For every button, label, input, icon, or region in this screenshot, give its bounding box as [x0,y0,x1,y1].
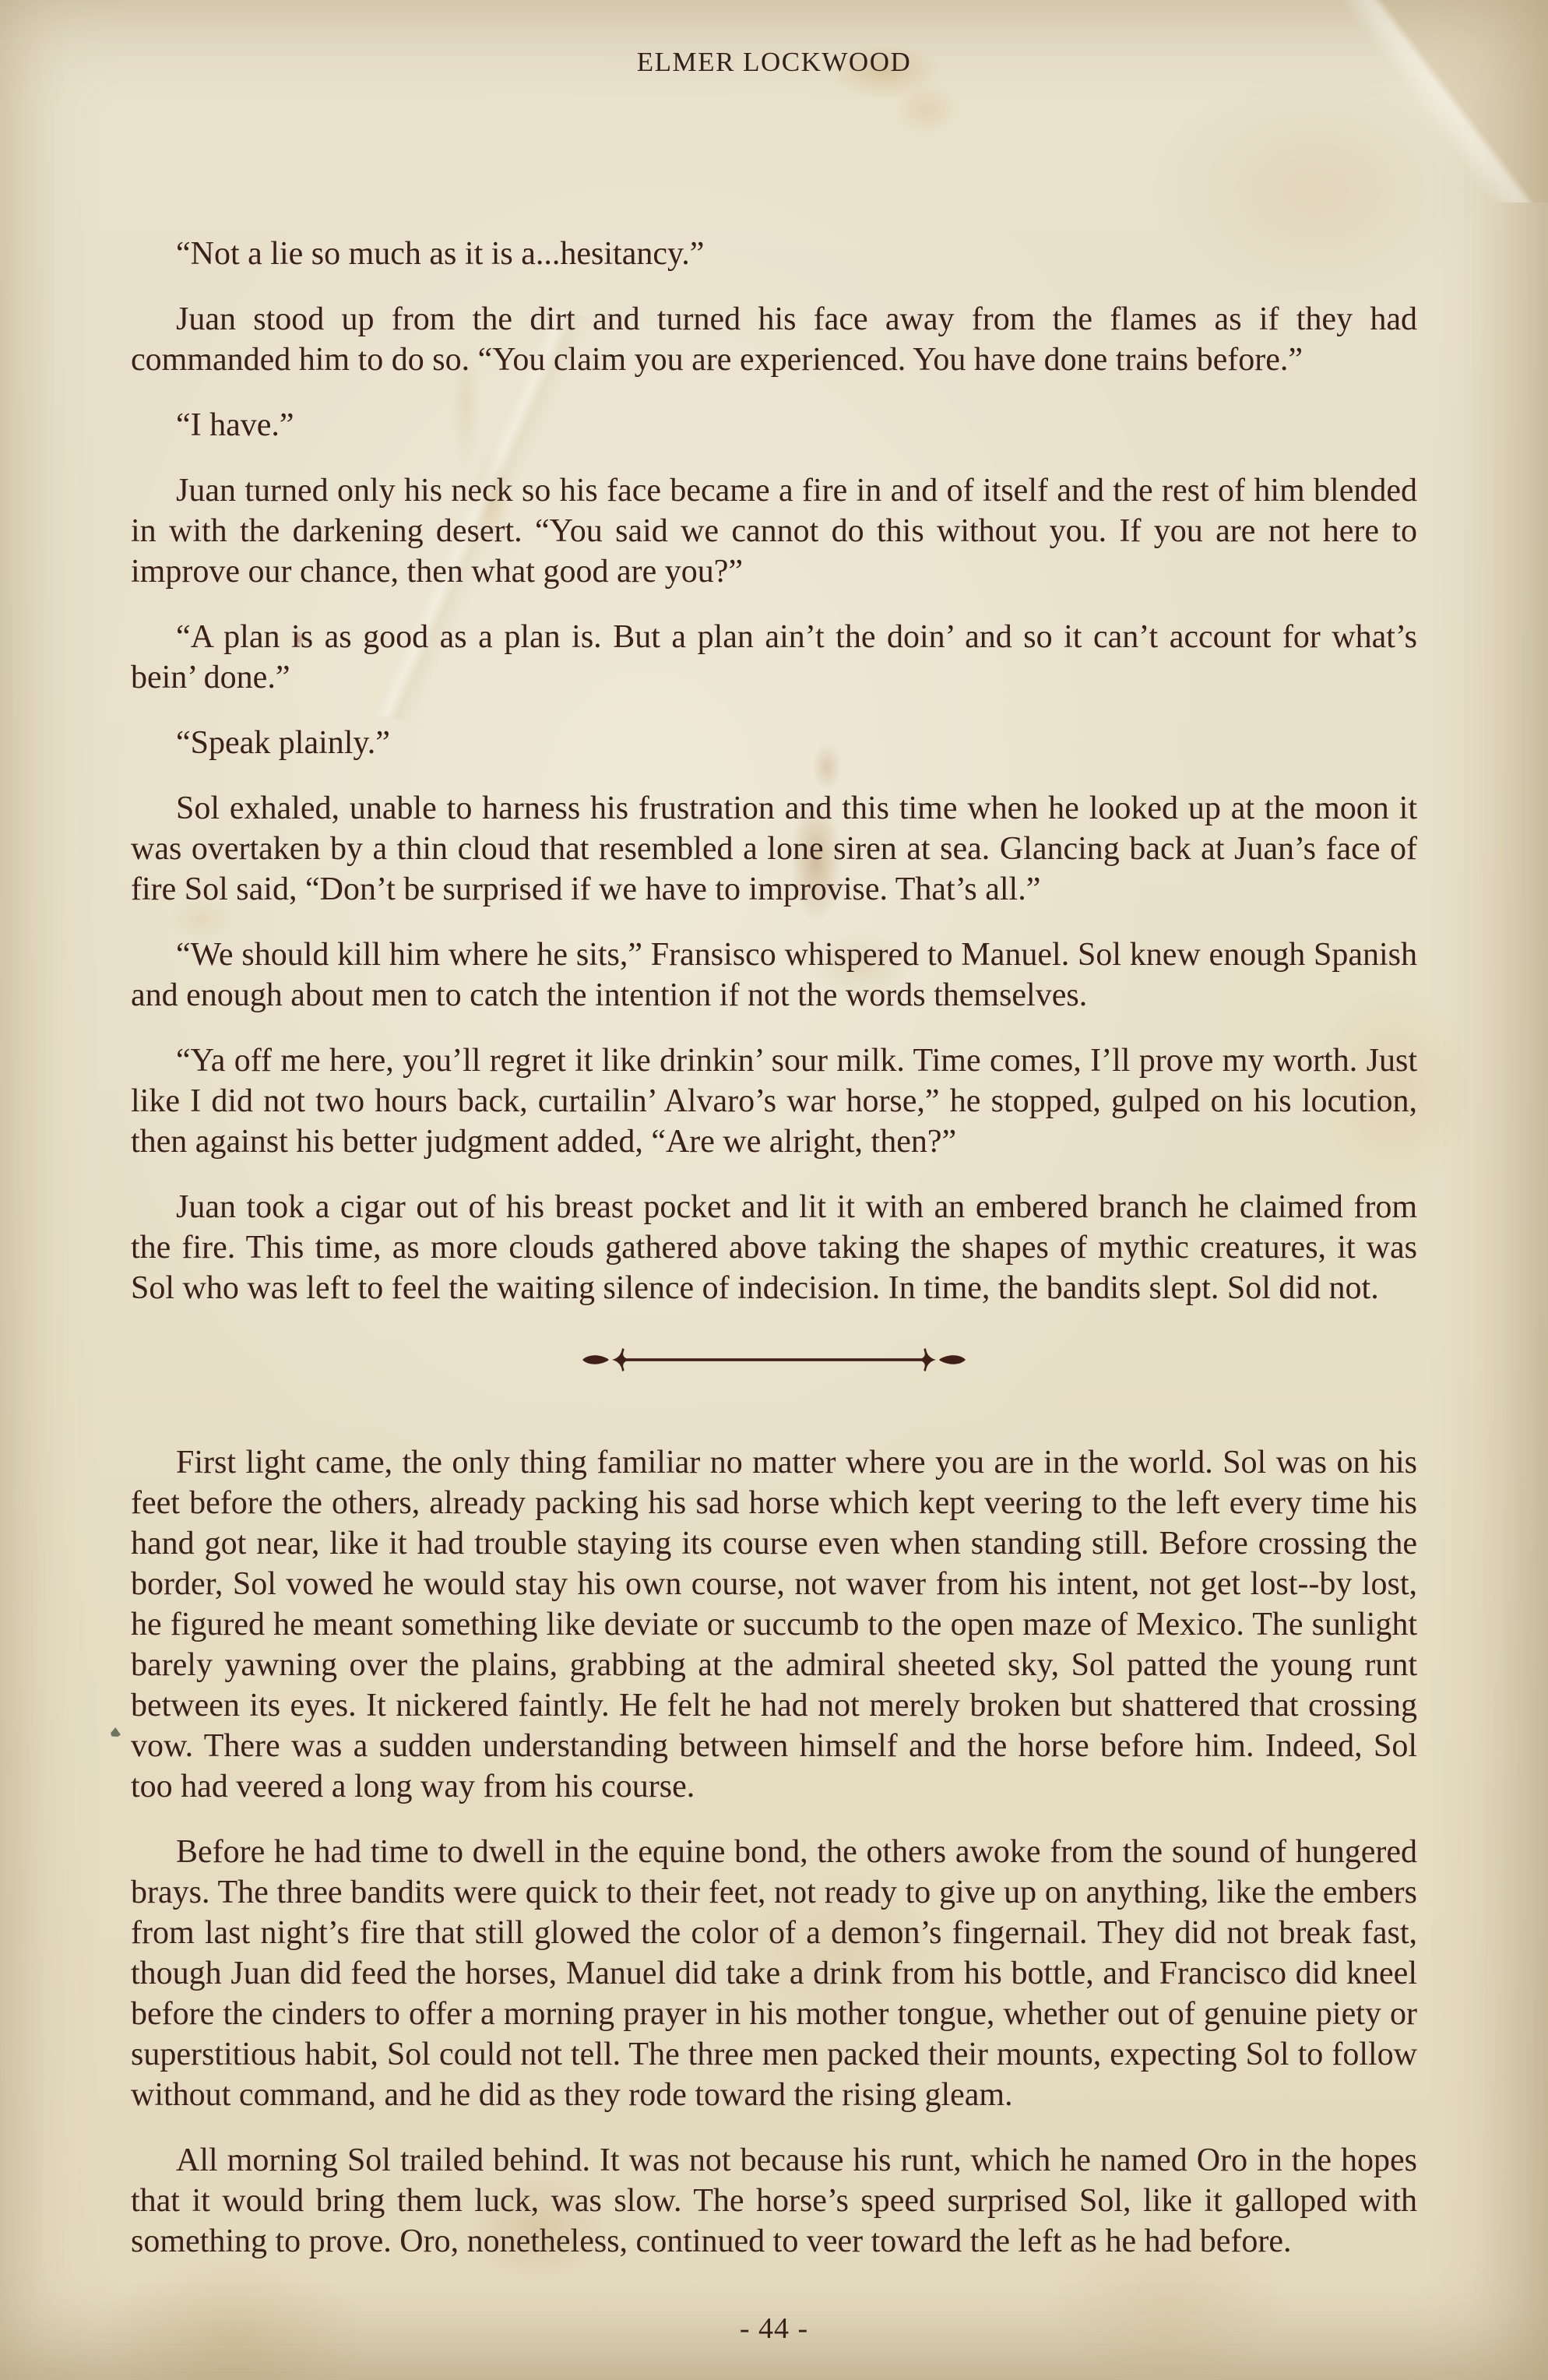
section-before-divider: “Not a lie so much as it is a...hesitanc… [131,234,1417,1308]
section-divider [579,1346,969,1374]
section-after-divider: First light came, the only thing familia… [131,1442,1417,2262]
paragraph: Juan stood up from the dirt and turned h… [131,299,1417,380]
page-number: - 44 - [0,2311,1548,2346]
paragraph: First light came, the only thing familia… [131,1442,1417,1807]
paragraph: “We should kill him where he sits,” Fran… [131,935,1417,1016]
paragraph: All morning Sol trailed behind. It was n… [131,2140,1417,2262]
paragraph: “A plan is as good as a plan is. But a p… [131,617,1417,698]
paragraph: Juan took a cigar out of his breast pock… [131,1187,1417,1308]
paragraph: Juan turned only his neck so his face be… [131,470,1417,592]
divider-ornament-icon [579,1346,969,1374]
paragraph: Before he had time to dwell in the equin… [131,1832,1417,2115]
paper-speck [111,1727,121,1737]
paragraph: “Ya off me here, you’ll regret it like d… [131,1040,1417,1162]
paragraph: “Speak plainly.” [131,723,1417,763]
paragraph: “Not a lie so much as it is a...hesitanc… [131,234,1417,274]
paragraph: Sol exhaled, unable to harness his frust… [131,788,1417,910]
body-text: “Not a lie so much as it is a...hesitanc… [131,234,1417,2287]
top-right-crease [1065,0,1548,202]
paragraph: “I have.” [131,405,1417,445]
running-header: ELMER LOCKWOOD [0,47,1548,78]
book-page: ELMER LOCKWOOD “Not a lie so much as it … [0,0,1548,2380]
